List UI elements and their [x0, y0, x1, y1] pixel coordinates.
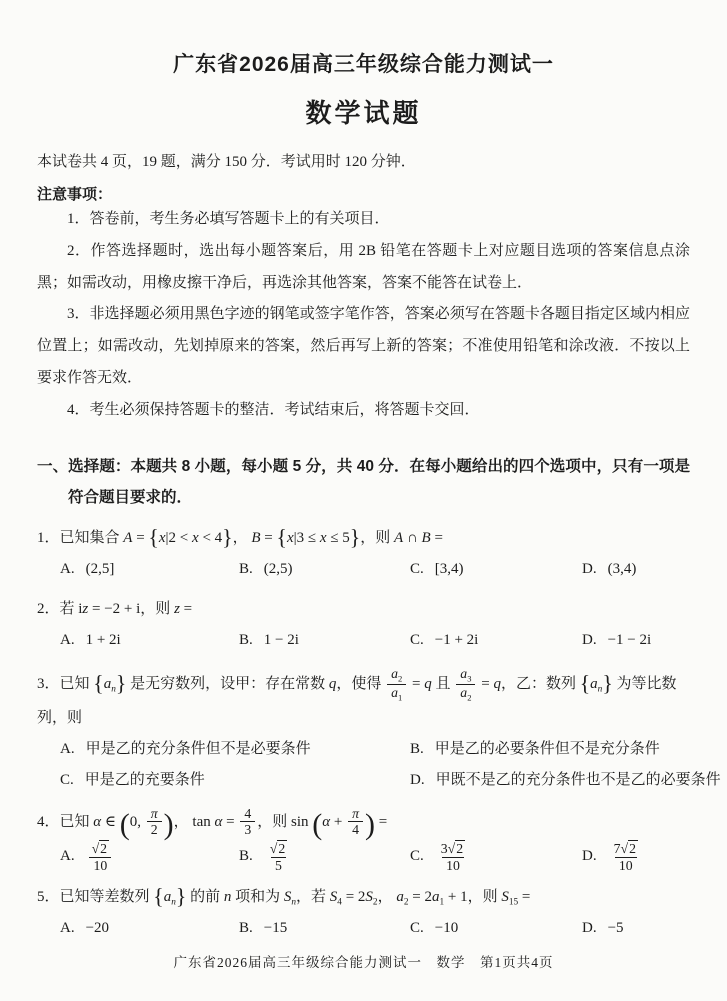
option-label: C.	[410, 848, 424, 864]
question-3: 3．已知 {an} 是无穷数列，设甲：存在常数 q，使得 a2a1 = q 且 …	[37, 666, 690, 797]
question-4-option-a: A.√210	[60, 840, 239, 874]
question-2-option-c: C.−1 + 2i	[410, 625, 582, 657]
question-1-option-b: B.(2,5)	[239, 554, 410, 586]
option-value: 甲是乙的必要条件但不是充分条件	[435, 741, 660, 757]
exam-page: 广东省2026届高三年级综合能力测试一 数学试题 本试卷共 4 页，19 题，满…	[0, 0, 727, 1001]
question-3-option-d: D.甲既不是乙的充分条件也不是乙的必要条件	[410, 765, 721, 797]
question-1-stem: 1．已知集合 A = {x|2 < x < 4}， B = {x|3 ≤ x ≤…	[37, 523, 690, 554]
option-value: −1 − 2i	[608, 632, 652, 648]
question-3-stem: 3．已知 {an} 是无穷数列，设甲：存在常数 q，使得 a2a1 = q 且 …	[37, 666, 690, 734]
question-1-options: A.(2,5] B.(2,5) C.[3,4) D.(3,4)	[37, 554, 690, 586]
question-4-option-d: D.7√210	[582, 840, 690, 874]
option-value: 7√210	[608, 848, 644, 864]
page-title: 广东省2026届高三年级综合能力测试一	[37, 48, 690, 78]
question-1: 1．已知集合 A = {x|2 < x < 4}， B = {x|3 ≤ x ≤…	[37, 523, 690, 585]
question-5-option-b: B.−15	[239, 913, 410, 945]
question-2-stem: 2．若 iz = −2 + i，则 z =	[37, 594, 690, 625]
option-label: D.	[582, 561, 597, 577]
option-label: D.	[582, 920, 597, 936]
option-label: D.	[582, 632, 597, 648]
question-3-options-row-1: A.甲是乙的充分条件但不是必要条件 B.甲是乙的必要条件但不是充分条件	[37, 734, 690, 766]
notice-item-4: 4．考生必须保持答题卡的整洁．考试结束后，将答题卡交回．	[37, 395, 690, 427]
option-value: 1 − 2i	[264, 632, 299, 648]
option-label: A.	[60, 632, 75, 648]
question-4: 4．已知 α ∈ (0, π2)， tan α = 43，则 sin (α + …	[37, 806, 690, 874]
option-value: −5	[608, 920, 624, 936]
option-label: B.	[239, 920, 253, 936]
question-4-options: A.√210 B.√25 C.3√210 D.7√210	[37, 840, 690, 874]
option-value: −20	[86, 920, 109, 936]
question-3-options-row-2: C.甲是乙的充要条件 D.甲既不是乙的充分条件也不是乙的必要条件	[37, 765, 690, 797]
notice-item-2: 2．作答选择题时，选出每小题答案后，用 2B 铅笔在答题卡上对应题目选项的答案信…	[37, 236, 690, 300]
option-label: A.	[60, 848, 75, 864]
option-label: C.	[410, 920, 424, 936]
section-one-heading: 一、选择题：本题共 8 小题，每小题 5 分，共 40 分．在每小题给出的四个选…	[37, 451, 690, 515]
option-value: 3√210	[435, 848, 471, 864]
question-2: 2．若 iz = −2 + i，则 z = A.1 + 2i B.1 − 2i …	[37, 594, 690, 656]
option-value: 甲是乙的充分条件但不是必要条件	[86, 741, 311, 757]
notice-item-3: 3．非选择题必须用黑色字迹的钢笔或签字笔作答，答案必须写在答题卡各题目指定区域内…	[37, 299, 690, 394]
question-4-option-c: C.3√210	[410, 840, 582, 874]
option-value: 甲既不是乙的充分条件也不是乙的必要条件	[436, 772, 721, 788]
option-label: A.	[60, 920, 75, 936]
question-5-stem: 5．已知等差数列 {an} 的前 n 项和为 Sn，若 S4 = 2S2， a2…	[37, 882, 690, 913]
option-label: D.	[582, 848, 597, 864]
option-value: √210	[86, 848, 115, 864]
option-value: 甲是乙的充要条件	[85, 772, 205, 788]
question-5-options: A.−20 B.−15 C.−10 D.−5	[37, 913, 690, 945]
option-label: B.	[410, 741, 424, 757]
question-1-option-d: D.(3,4)	[582, 554, 690, 586]
option-value: (2,5)	[264, 561, 293, 577]
option-label: A.	[60, 741, 75, 757]
question-3-option-a: A.甲是乙的充分条件但不是必要条件	[60, 734, 410, 766]
question-3-option-b: B.甲是乙的必要条件但不是充分条件	[410, 734, 690, 766]
option-value: −10	[435, 920, 458, 936]
option-value: −1 + 2i	[435, 632, 479, 648]
option-value: (2,5]	[86, 561, 115, 577]
page-subtitle: 数学试题	[37, 93, 690, 130]
question-1-option-a: A.(2,5]	[60, 554, 239, 586]
question-3-option-c: C.甲是乙的充要条件	[60, 765, 410, 797]
notice-heading: 注意事项：	[37, 183, 690, 204]
option-label: C.	[60, 772, 74, 788]
option-value: (3,4)	[608, 561, 637, 577]
question-2-options: A.1 + 2i B.1 − 2i C.−1 + 2i D.−1 − 2i	[37, 625, 690, 657]
option-label: B.	[239, 632, 253, 648]
option-label: A.	[60, 561, 75, 577]
question-4-option-b: B.√25	[239, 840, 410, 874]
option-value: √25	[264, 848, 293, 864]
option-label: B.	[239, 848, 253, 864]
question-5: 5．已知等差数列 {an} 的前 n 项和为 Sn，若 S4 = 2S2， a2…	[37, 882, 690, 944]
question-5-option-a: A.−20	[60, 913, 239, 945]
option-label: C.	[410, 561, 424, 577]
question-5-option-d: D.−5	[582, 913, 690, 945]
option-value: [3,4)	[435, 561, 464, 577]
question-2-option-b: B.1 − 2i	[239, 625, 410, 657]
question-5-option-c: C.−10	[410, 913, 582, 945]
page-footer: 广东省2026届高三年级综合能力测试一 数学 第1页共4页	[0, 951, 727, 971]
option-label: C.	[410, 632, 424, 648]
question-4-stem: 4．已知 α ∈ (0, π2)， tan α = 43，则 sin (α + …	[37, 806, 690, 840]
exam-info: 本试卷共 4 页，19 题，满分 150 分．考试用时 120 分钟．	[37, 150, 690, 171]
question-1-option-c: C.[3,4)	[410, 554, 582, 586]
option-value: −15	[264, 920, 287, 936]
question-2-option-d: D.−1 − 2i	[582, 625, 690, 657]
option-value: 1 + 2i	[86, 632, 121, 648]
notice-item-1: 1．答卷前，考生务必填写答题卡上的有关项目．	[37, 204, 690, 236]
option-label: B.	[239, 561, 253, 577]
option-label: D.	[410, 772, 425, 788]
question-2-option-a: A.1 + 2i	[60, 625, 239, 657]
